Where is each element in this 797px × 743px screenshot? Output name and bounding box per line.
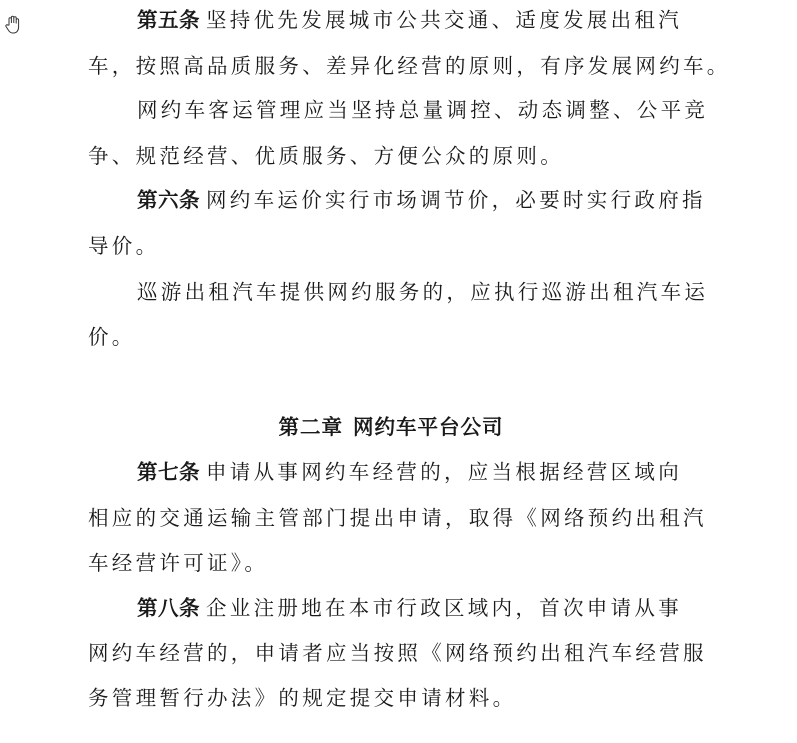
article-5-label: 第五条	[137, 8, 200, 32]
article-6-para-2-line-1: 巡游出租汽车提供网约服务的，应执行巡游出租汽车运	[137, 276, 708, 308]
article-7-line-3: 车经营许可证》。	[88, 547, 268, 579]
chapter-title: 网约车平台公司	[353, 415, 504, 439]
article-6-label: 第六条	[137, 188, 200, 212]
chapter-number: 第二章	[279, 415, 344, 439]
hand-pointer-icon	[4, 14, 24, 36]
article-8-line-2: 网约车经营的，申请者应当按照《网络预约出租汽车经营服	[88, 637, 707, 669]
article-7-line-2: 相应的交通运输主管部门提出申请，取得《网络预约出租汽	[88, 502, 707, 534]
article-7-label: 第七条	[137, 460, 200, 484]
article-5-para-2-line-2: 争、规范经营、优质服务、方便公众的原则。	[88, 140, 564, 172]
article-7-line-1: 第七条申请从事网约车经营的，应当根据经营区域向	[137, 456, 682, 488]
chapter-heading: 第二章网约车平台公司	[88, 411, 694, 443]
article-6-para-2-line-2: 价。	[88, 321, 136, 353]
article-8-line-3: 务管理暂行办法》的规定提交申请材料。	[88, 682, 516, 714]
article-8-line-1: 第八条企业注册地在本市行政区域内，首次申请从事	[137, 592, 682, 624]
article-6-line-1: 第六条网约车运价实行市场调节价，必要时实行政府指	[137, 184, 706, 216]
article-8-label: 第八条	[137, 596, 200, 620]
article-5-line-2: 车，按照高品质服务、差异化经营的原则，有序发展网约车。	[88, 50, 731, 82]
article-5-line-1: 第五条坚持优先发展城市公共交通、适度发展出租汽	[137, 4, 682, 36]
article-5-para-2-line-1: 网约车客运管理应当坚持总量调控、动态调整、公平竞	[137, 94, 708, 126]
article-6-line-2: 导价。	[88, 230, 159, 262]
